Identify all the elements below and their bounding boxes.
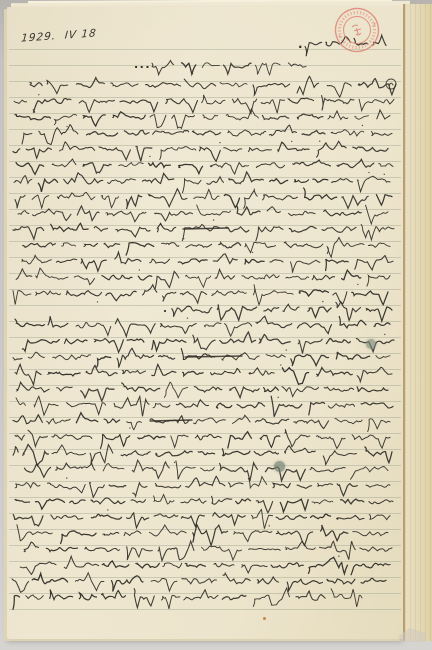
heading-punctuation: . xyxy=(298,37,303,51)
photo-background: 1929. IV 18 . ... xyxy=(0,0,432,650)
mold-spot xyxy=(274,461,285,472)
title-ellipsis: ... xyxy=(134,58,151,71)
underlying-page-edge-right xyxy=(403,4,432,641)
ink-speck xyxy=(263,617,266,620)
manuscript-page xyxy=(7,7,403,639)
mold-spot xyxy=(366,339,376,349)
ruled-lines xyxy=(9,34,401,620)
